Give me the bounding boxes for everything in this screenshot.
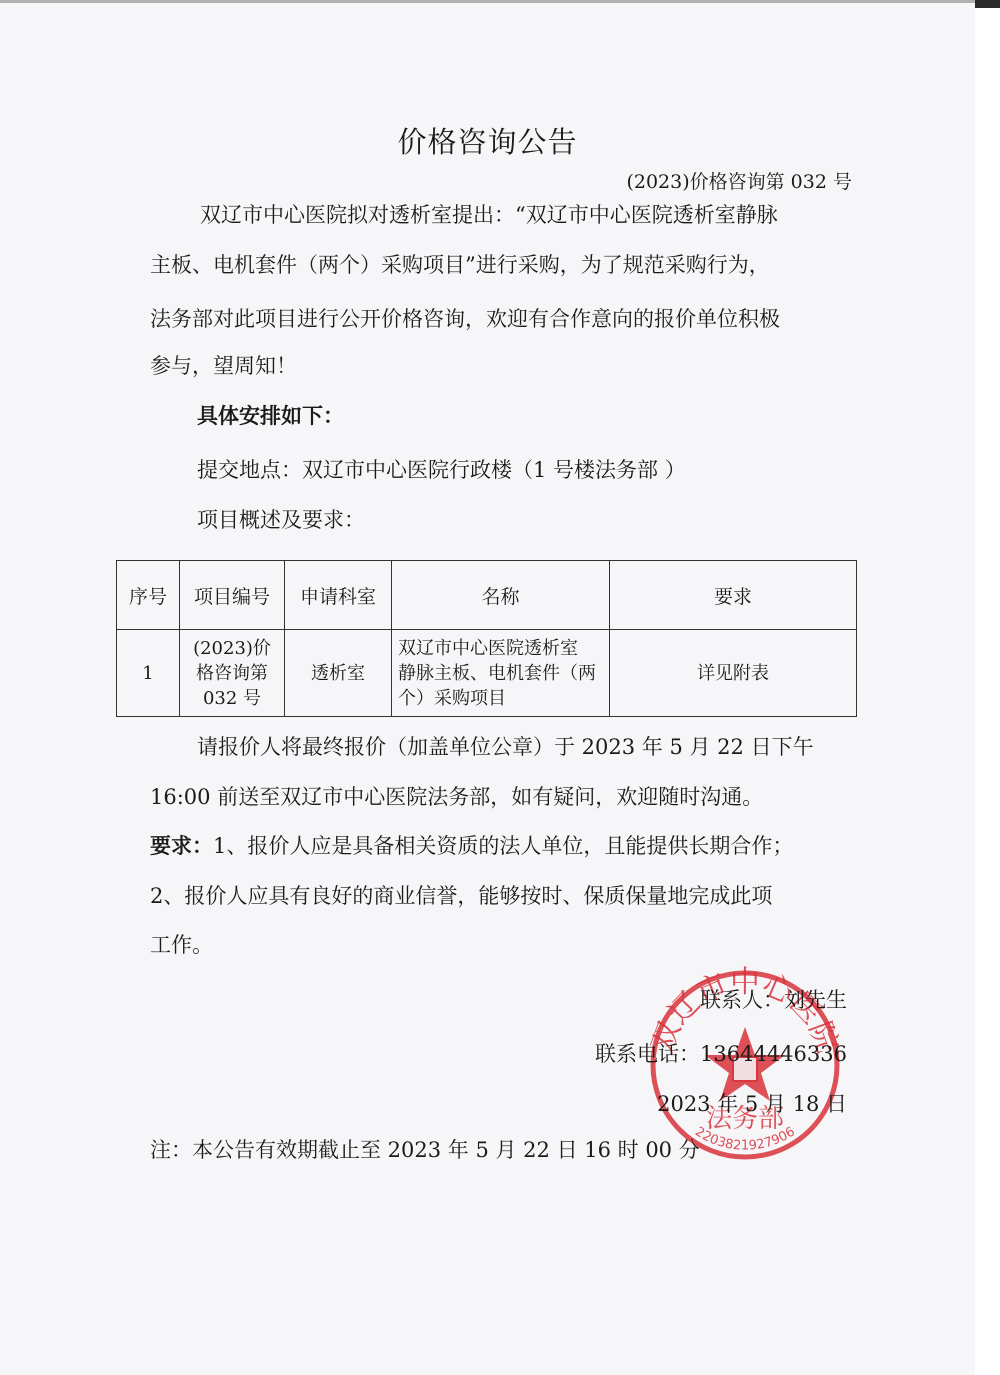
header-project-no: 项目编号 [180,561,285,630]
table-row: 1 (2023)价 格咨询第 032 号 透析室 双辽市中心医院透析室 静脉主板… [117,630,857,717]
name-line: 静脉主板、电机套件（两 [398,661,603,686]
header-requirement: 要求 [610,561,857,630]
header-name: 名称 [392,561,610,630]
validity-note: 注：本公告有效期截止至 2023 年 5 月 22 日 16 时 00 分 [150,1140,700,1161]
overview-heading: 项目概述及要求： [197,510,365,531]
scan-edge-mark [975,0,1000,8]
project-table: 序号 项目编号 申请科室 名称 要求 1 (2023)价 格咨询第 032 号 … [116,560,857,717]
project-no-line: (2023)价 [186,636,278,661]
cell-index: 1 [117,630,180,717]
requirement-item-1: 1、报价人应是具备相关资质的法人单位，且能提供长期合作； [213,834,793,858]
cell-project-no: (2023)价 格咨询第 032 号 [180,630,285,717]
cell-department: 透析室 [285,630,392,717]
requirements-label: 要求： [150,833,213,858]
contact-phone: 联系电话：13644446336 [595,1044,847,1065]
cell-name: 双辽市中心医院透析室 静脉主板、电机套件（两 个）采购项目 [392,630,610,717]
submission-location: 提交地点：双辽市中心医院行政楼（1 号楼法务部 ） [197,460,686,481]
intro-line-2: 主板、电机套件（两个）采购项目”进行采购，为了规范采购行为， [150,255,770,276]
deadline-line-2: 16:00 前送至双辽市中心医院法务部，如有疑问，欢迎随时沟通。 [150,787,763,808]
deadline-line-1: 请报价人将最终报价（加盖单位公章）于 2023 年 5 月 22 日下午 [197,737,814,758]
name-line: 双辽市中心医院透析室 [398,636,603,661]
document-title: 价格咨询公告 [0,120,975,161]
document-date: 2023 年 5 月 18 日 [657,1094,847,1115]
name-line: 个）采购项目 [398,686,603,711]
requirement-item-2: 2、报价人应具有良好的商业信誉，能够按时、保质保量地完成此项 [150,886,772,907]
header-index: 序号 [117,561,180,630]
table-header-row: 序号 项目编号 申请科室 名称 要求 [117,561,857,630]
header-department: 申请科室 [285,561,392,630]
project-no-line: 032 号 [186,686,278,711]
contact-person: 联系人：刘先生 [700,990,847,1011]
document-number: (2023)价格咨询第 032 号 [626,167,852,194]
requirements-line-1: 要求：1、报价人应是具备相关资质的法人单位，且能提供长期合作； [150,835,793,857]
requirement-item-2-cont: 工作。 [150,935,213,956]
intro-line-1: 双辽市中心医院拟对透析室提出：“双辽市中心医院透析室静脉 [200,205,778,226]
arrangement-heading: 具体安排如下： [197,405,344,426]
intro-line-4: 参与，望周知！ [150,356,297,377]
project-no-line: 格咨询第 [186,661,278,686]
intro-line-3: 法务部对此项目进行公开价格咨询，欢迎有合作意向的报价单位积极 [150,309,780,330]
cell-requirement: 详见附表 [610,630,857,717]
